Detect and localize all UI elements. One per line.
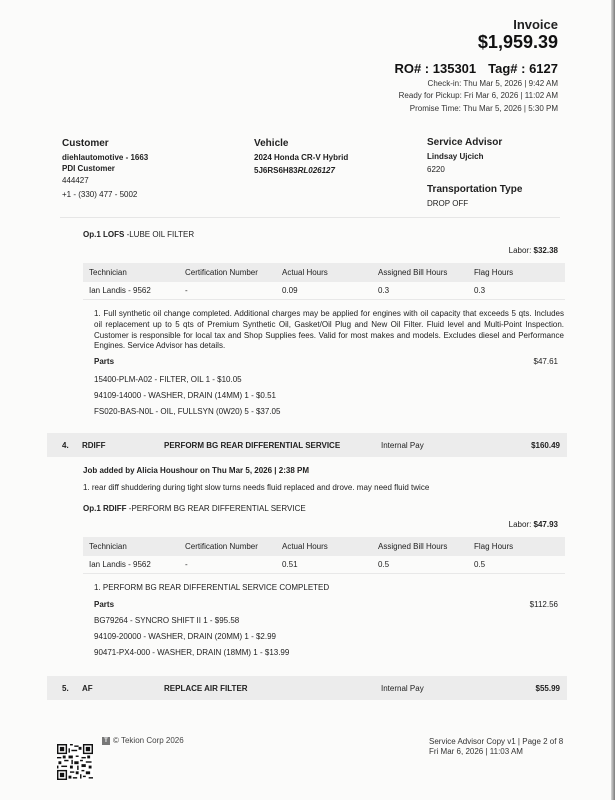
vehicle-heading: Vehicle	[254, 138, 348, 149]
labor-amount: $32.38	[534, 246, 558, 255]
service-advisor-block: Service Advisor Lindsay Ujcich 6220	[427, 137, 502, 175]
col-certification-number: Certification Number	[185, 542, 282, 551]
tag-number: Tag# : 6127	[488, 61, 558, 76]
part-line: BG79264 - SYNCRO SHIFT II 1 - $95.58	[94, 616, 239, 625]
col-technician: Technician	[83, 268, 185, 277]
col-actual-hours: Actual Hours	[282, 542, 378, 551]
op-rdiff-tech-table: Technician Certification Number Actual H…	[83, 537, 565, 574]
col-assigned-bill-hours: Assigned Bill Hours	[378, 542, 474, 551]
op-lofs-tech-table: Technician Certification Number Actual H…	[83, 263, 565, 300]
job-amount: $55.99	[536, 684, 560, 693]
part-line: 94109-14000 - WASHER, DRAIN (14MM) 1 - $…	[94, 391, 276, 400]
col-actual-hours: Actual Hours	[282, 268, 378, 277]
cell-technician: Ian Landis - 9562	[83, 560, 185, 569]
op-code: Op.1 LOFS	[83, 230, 124, 239]
op-lofs-parts-label: Parts	[94, 357, 114, 366]
col-assigned-bill-hours: Assigned Bill Hours	[378, 268, 474, 277]
col-flag-hours: Flag Hours	[474, 268, 554, 277]
op-rdiff-parts-total: $112.56	[530, 600, 558, 609]
customer-block: Customer diehlautomotive - 1663 PDI Cust…	[62, 138, 148, 200]
job-4-concern: 1. rear diff shuddering during tight slo…	[83, 483, 429, 492]
transportation-value: DROP OFF	[427, 199, 522, 210]
col-certification-number: Certification Number	[185, 268, 282, 277]
cell-actual-hours: 0.09	[282, 286, 378, 295]
customer-name: PDI Customer	[62, 164, 148, 175]
op-lofs-title: Op.1 LOFS -LUBE OIL FILTER	[83, 230, 194, 239]
transportation-heading: Transportation Type	[427, 184, 522, 195]
job-pay-type: Internal Pay	[381, 684, 424, 693]
invoice-dates: Check-in: Thu Mar 5, 2026 | 9:42 AM Read…	[399, 78, 558, 115]
cell-assigned-bill-hours: 0.5	[378, 560, 474, 569]
cell-technician: Ian Landis - 9562	[83, 286, 185, 295]
cell-certification-number: -	[185, 560, 282, 569]
vehicle-description: 2024 Honda CR-V Hybrid	[254, 153, 348, 164]
col-technician: Technician	[83, 542, 185, 551]
cell-assigned-bill-hours: 0.3	[378, 286, 474, 295]
copy-page-label: Service Advisor Copy v1 | Page 2 of 8	[429, 737, 563, 747]
part-line: 90471-PX4-000 - WASHER, DRAIN (18MM) 1 -…	[94, 648, 289, 657]
part-line: 94109-20000 - WASHER, DRAIN (20MM) 1 - $…	[94, 632, 276, 641]
op-rdiff-labor: Labor: $47.93	[509, 520, 558, 529]
qr-code-icon	[57, 744, 93, 780]
vin-prefix: 5J6RS6H83	[254, 166, 298, 175]
labor-amount: $47.93	[534, 520, 558, 529]
op-code: Op.1 RDIFF	[83, 504, 127, 513]
vehicle-vin: 5J6RS6H83RL026127	[254, 166, 348, 177]
job-5-header[interactable]: 5. AF REPLACE AIR FILTER Internal Pay $5…	[47, 676, 567, 700]
table-row: Ian Landis - 9562 - 0.51 0.5 0.5	[83, 556, 565, 574]
customer-phone: +1 - (330) 477 - 5002	[62, 190, 148, 201]
op-lofs-parts-total: $47.61	[534, 357, 558, 366]
footer-page-info: Service Advisor Copy v1 | Page 2 of 8 Fr…	[429, 737, 563, 757]
tech-table-header: Technician Certification Number Actual H…	[83, 537, 565, 556]
job-name: REPLACE AIR FILTER	[164, 684, 248, 693]
scan-page-edge	[611, 0, 615, 800]
op-name: -PERFORM BG REAR DIFFERENTIAL SERVICE	[127, 504, 306, 513]
labor-label: Labor:	[509, 246, 534, 255]
ready-for-pickup-time: Ready for Pickup: Fri Mar 6, 2026 | 11:0…	[399, 90, 558, 102]
op-lofs-description: 1. Full synthetic oil change completed. …	[94, 309, 564, 352]
service-advisor-id: 6220	[427, 165, 502, 176]
job-code: AF	[82, 684, 93, 693]
job-name: PERFORM BG REAR DIFFERENTIAL SERVICE	[164, 441, 340, 450]
customer-heading: Customer	[62, 138, 148, 149]
cell-flag-hours: 0.3	[474, 286, 554, 295]
service-advisor-heading: Service Advisor	[427, 137, 502, 148]
part-line: 15400-PLM-A02 - FILTER, OIL 1 - $10.05	[94, 375, 242, 384]
transportation-block: Transportation Type DROP OFF	[427, 184, 522, 210]
job-4-added-by: Job added by Alicia Houshour on Thu Mar …	[83, 466, 309, 475]
part-line: FS020-BAS-N0L - OIL, FULLSYN (0W20) 5 - …	[94, 407, 280, 416]
table-row: Ian Landis - 9562 - 0.09 0.3 0.3	[83, 282, 565, 300]
op-rdiff-title: Op.1 RDIFF -PERFORM BG REAR DIFFERENTIAL…	[83, 504, 306, 513]
invoice-total: $1,959.39	[478, 32, 558, 53]
labor-label: Labor:	[509, 520, 534, 529]
vehicle-block: Vehicle 2024 Honda CR-V Hybrid 5J6RS6H83…	[254, 138, 348, 176]
vin-suffix: RL026127	[298, 166, 335, 175]
invoice-title: Invoice	[513, 17, 558, 32]
job-number: 5.	[62, 684, 69, 693]
job-4-header[interactable]: 4. RDIFF PERFORM BG REAR DIFFERENTIAL SE…	[47, 433, 567, 457]
cell-certification-number: -	[185, 286, 282, 295]
service-advisor-name: Lindsay Ujcich	[427, 152, 502, 163]
ro-tag-line: RO# : 135301Tag# : 6127	[394, 61, 558, 76]
header-divider	[60, 217, 560, 218]
op-rdiff-parts-label: Parts	[94, 600, 114, 609]
job-code: RDIFF	[82, 441, 106, 450]
check-in-time: Check-in: Thu Mar 5, 2026 | 9:42 AM	[399, 78, 558, 90]
customer-id: 444427	[62, 176, 148, 187]
job-number: 4.	[62, 441, 69, 450]
ro-number: RO# : 135301	[394, 61, 476, 76]
cell-flag-hours: 0.5	[474, 560, 554, 569]
tekion-logo-icon: T	[102, 737, 110, 745]
cell-actual-hours: 0.51	[282, 560, 378, 569]
customer-account: diehlautomotive - 1663	[62, 153, 148, 164]
job-pay-type: Internal Pay	[381, 441, 424, 450]
promise-time: Promise Time: Thu Mar 5, 2026 | 5:30 PM	[399, 103, 558, 115]
op-rdiff-description: 1. PERFORM BG REAR DIFFERENTIAL SERVICE …	[94, 583, 564, 594]
op-name: -LUBE OIL FILTER	[124, 230, 194, 239]
tech-table-header: Technician Certification Number Actual H…	[83, 263, 565, 282]
job-amount: $160.49	[531, 441, 560, 450]
printed-timestamp: Fri Mar 6, 2026 | 11:03 AM	[429, 747, 563, 757]
col-flag-hours: Flag Hours	[474, 542, 554, 551]
op-lofs-labor: Labor: $32.38	[509, 246, 558, 255]
copyright-text: © Tekion Corp 2026	[113, 736, 184, 745]
footer-copyright: T © Tekion Corp 2026	[102, 736, 184, 745]
